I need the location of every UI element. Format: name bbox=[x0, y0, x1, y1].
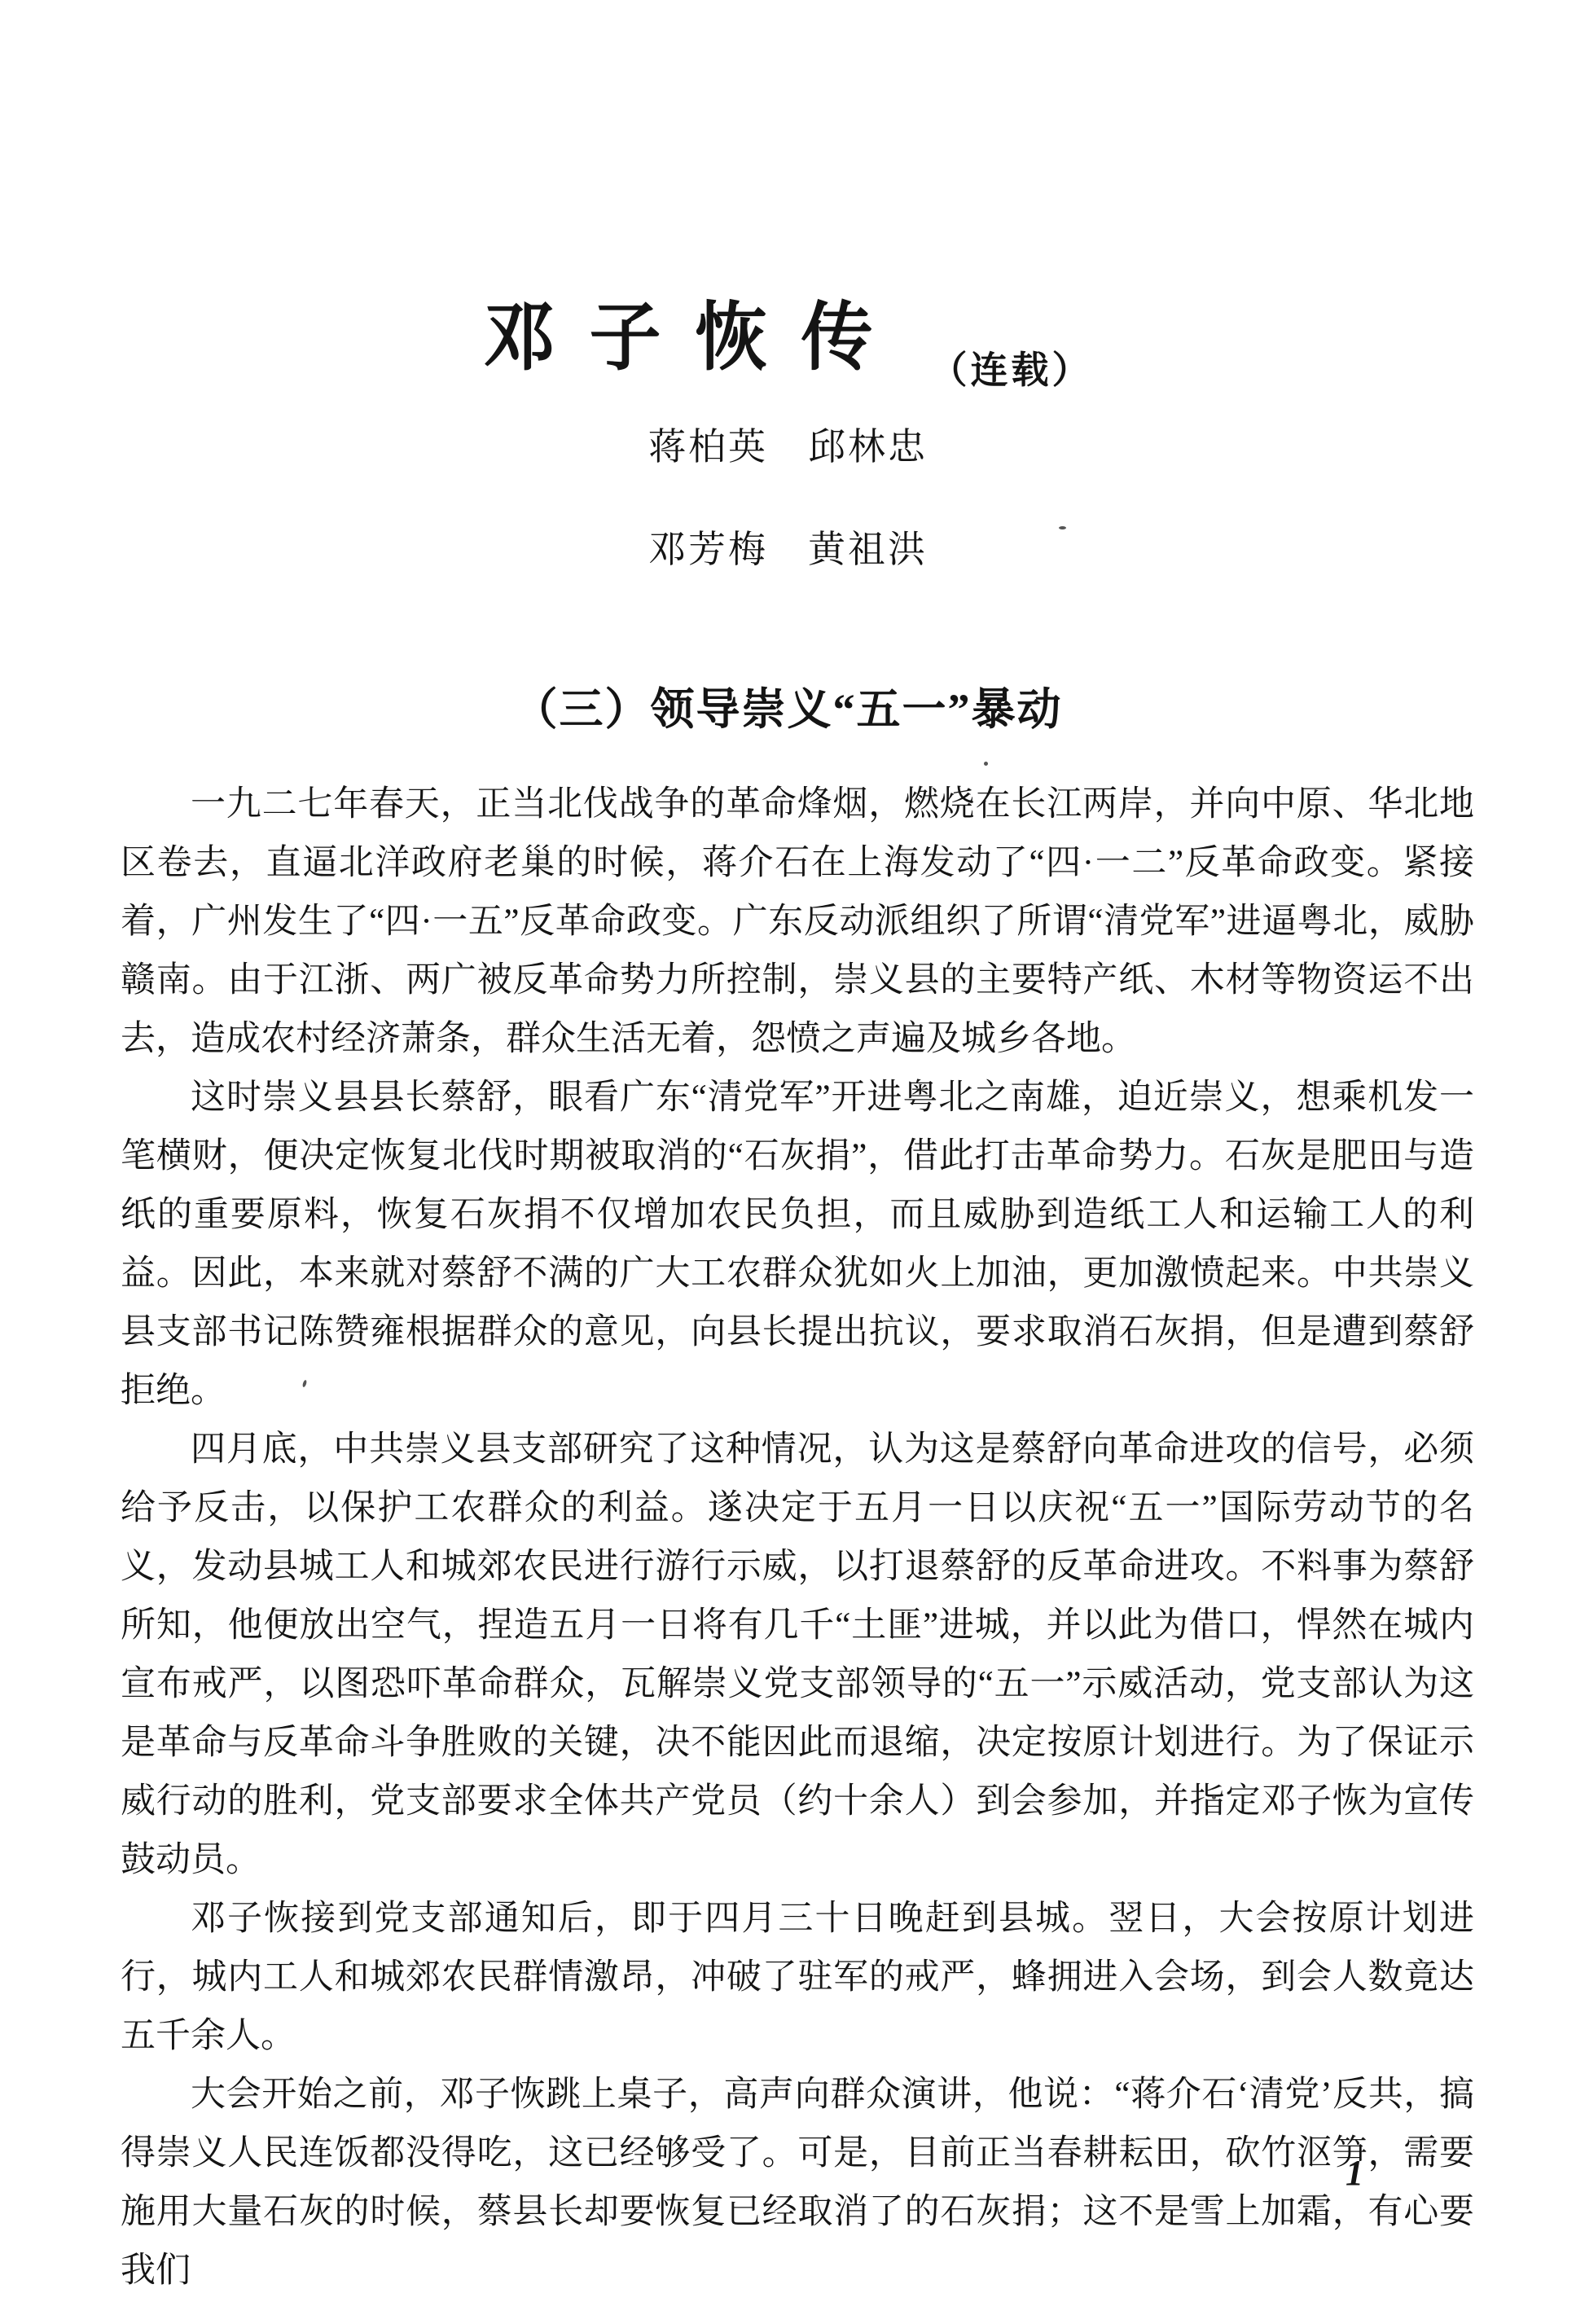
paragraph-3: 四月底，中共崇义县支部研究了这种情况，认为这是蔡舒向革命进攻的信号，必须给予反击… bbox=[121, 1421, 1474, 1890]
body-text: 一九二七年春天，正当北伐战争的革命烽烟，燃烧在长江两岸，并向中原、华北地区卷去，… bbox=[121, 775, 1474, 2300]
page-number: 1 bbox=[1346, 2152, 1363, 2194]
scan-speck bbox=[984, 762, 988, 766]
page-title: 邓子恢传 bbox=[483, 278, 907, 384]
scan-speck bbox=[1059, 526, 1066, 529]
serial-label: （连载） bbox=[930, 340, 1093, 394]
scan-speck bbox=[1212, 1795, 1216, 1799]
author-line-2: 邓芳梅 黄祖洪 bbox=[0, 520, 1576, 573]
section-heading: （三）领导崇义“五一”暴动 bbox=[0, 674, 1576, 737]
title-block: 邓子恢传（连载） bbox=[0, 280, 1576, 383]
scanned-page: 邓子恢传（连载） 蒋柏英 邱林忠 邓芳梅 黄祖洪 （三）领导崇义“五一”暴动 一… bbox=[0, 0, 1576, 2324]
paragraph-1: 一九二七年春天，正当北伐战争的革命烽烟，燃烧在长江两岸，并向中原、华北地区卷去，… bbox=[121, 775, 1474, 1069]
paragraph-4: 邓子恢接到党支部通知后，即于四月三十日晚赶到县城。翌日，大会按原计划进行，城内工… bbox=[121, 1890, 1474, 2066]
paragraph-2: 这时崇义县县长蔡舒，眼看广东“清党军”开进粤北之南雄，迫近崇义，想乘机发一笔横财… bbox=[121, 1069, 1474, 1421]
paragraph-5: 大会开始之前，邓子恢跳上桌子，高声向群众演讲，他说：“蒋介石‘清党’反共，搞得崇… bbox=[121, 2066, 1474, 2300]
author-line-1: 蒋柏英 邱林忠 bbox=[0, 417, 1576, 471]
